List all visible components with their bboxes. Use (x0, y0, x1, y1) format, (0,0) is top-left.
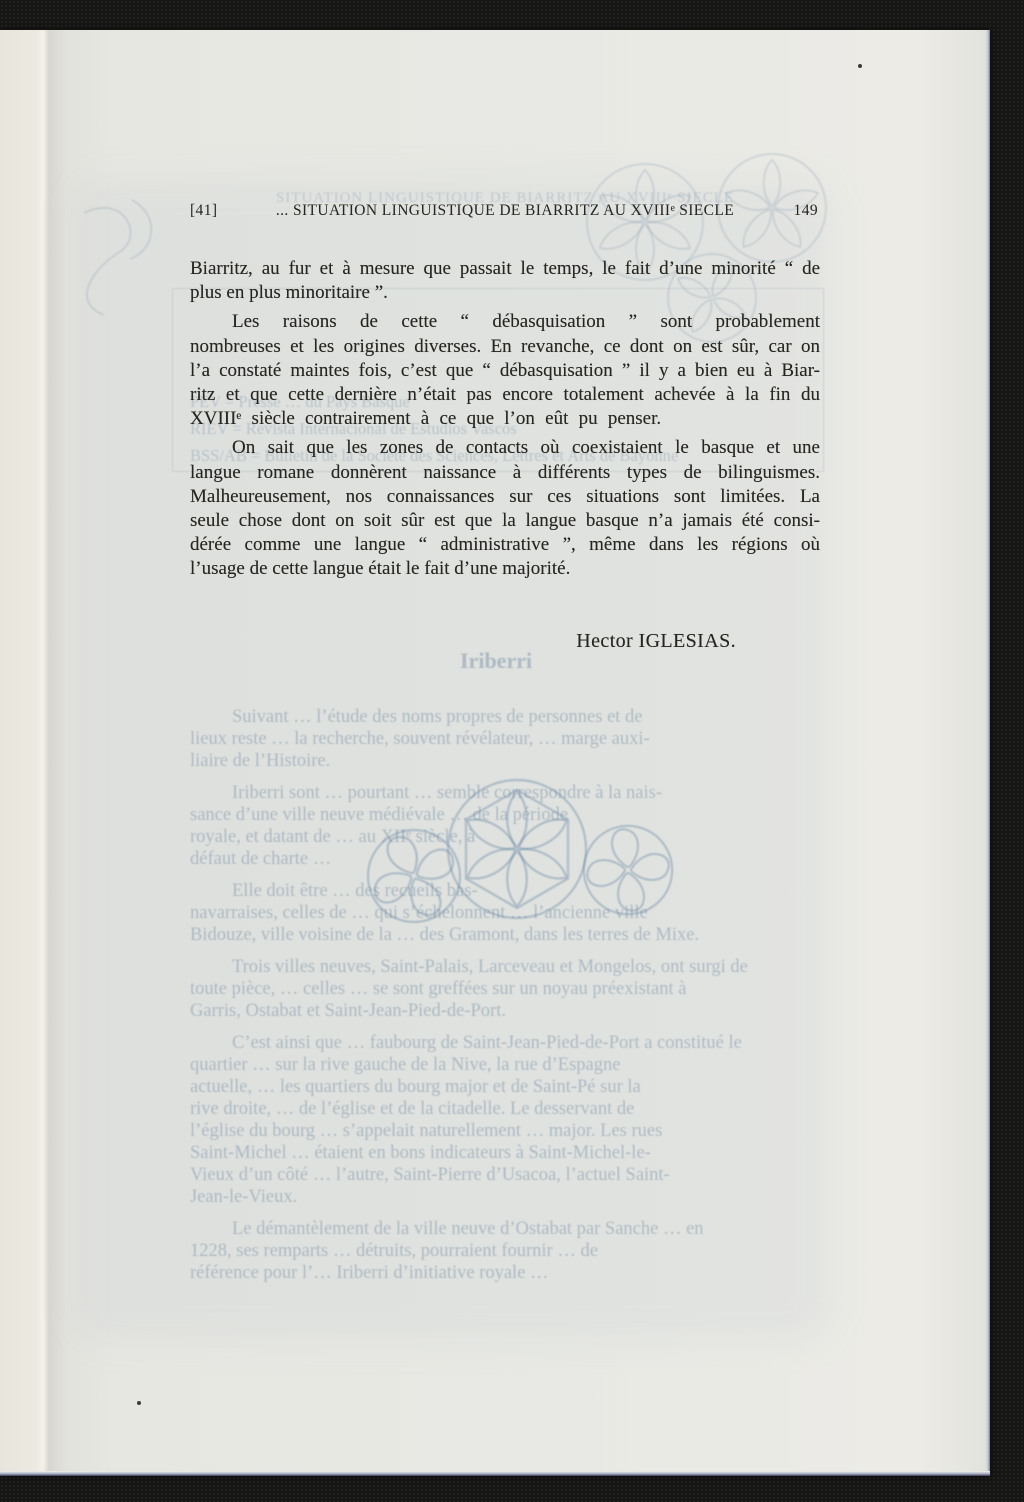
text-line: On sait que les zones de contacts où coe… (190, 436, 820, 460)
text-line: plus en plus minoritaire ”. (190, 281, 820, 305)
running-header: [41] ... SITUATION LINGUISTIQUE DE BIARR… (190, 202, 820, 222)
scanned-book-page: SITUATION LINGUISTIQUE DE BIARRITZ AU XV… (0, 30, 990, 1476)
text-line: nombreuses et les origines diverses. En … (190, 335, 820, 359)
text-line: XVIIIᵉ siècle contrairement à ce que l’o… (190, 407, 820, 431)
paragraph: Les raisons de cette “ débasquisation ” … (190, 310, 820, 431)
text-line: Malheureusement, nos connaissances sur c… (190, 485, 820, 509)
text-line: langue romane donnèrent naissance à diff… (190, 461, 820, 485)
text-line: l’a constaté maintes fois, c’est que “ d… (190, 359, 820, 383)
body-text: Biarritz, au fur et à mesure que passait… (190, 257, 820, 582)
text-line: Biarritz, au fur et à mesure que passait… (190, 257, 820, 281)
page-number: 149 (794, 202, 818, 220)
author-signature: Hector IGLESIAS. (190, 630, 820, 653)
text-line: l’usage de cette langue était le fait d’… (190, 557, 820, 581)
printed-content: [41] ... SITUATION LINGUISTIQUE DE BIARR… (0, 30, 990, 1476)
text-line: seule chose dont on soit sûr est que la … (190, 509, 820, 533)
paragraph: On sait que les zones de contacts où coe… (190, 436, 820, 581)
text-line: dérée comme une langue “ administrative … (190, 533, 820, 557)
paper-speck (858, 64, 862, 68)
running-title: ... SITUATION LINGUISTIQUE DE BIARRITZ A… (190, 202, 820, 220)
paragraph: Biarritz, au fur et à mesure que passait… (190, 257, 820, 305)
paper-speck (137, 1401, 141, 1405)
text-line: Les raisons de cette “ débasquisation ” … (190, 310, 820, 334)
text-line: ritz et que cette dernière n’était pas e… (190, 383, 820, 407)
